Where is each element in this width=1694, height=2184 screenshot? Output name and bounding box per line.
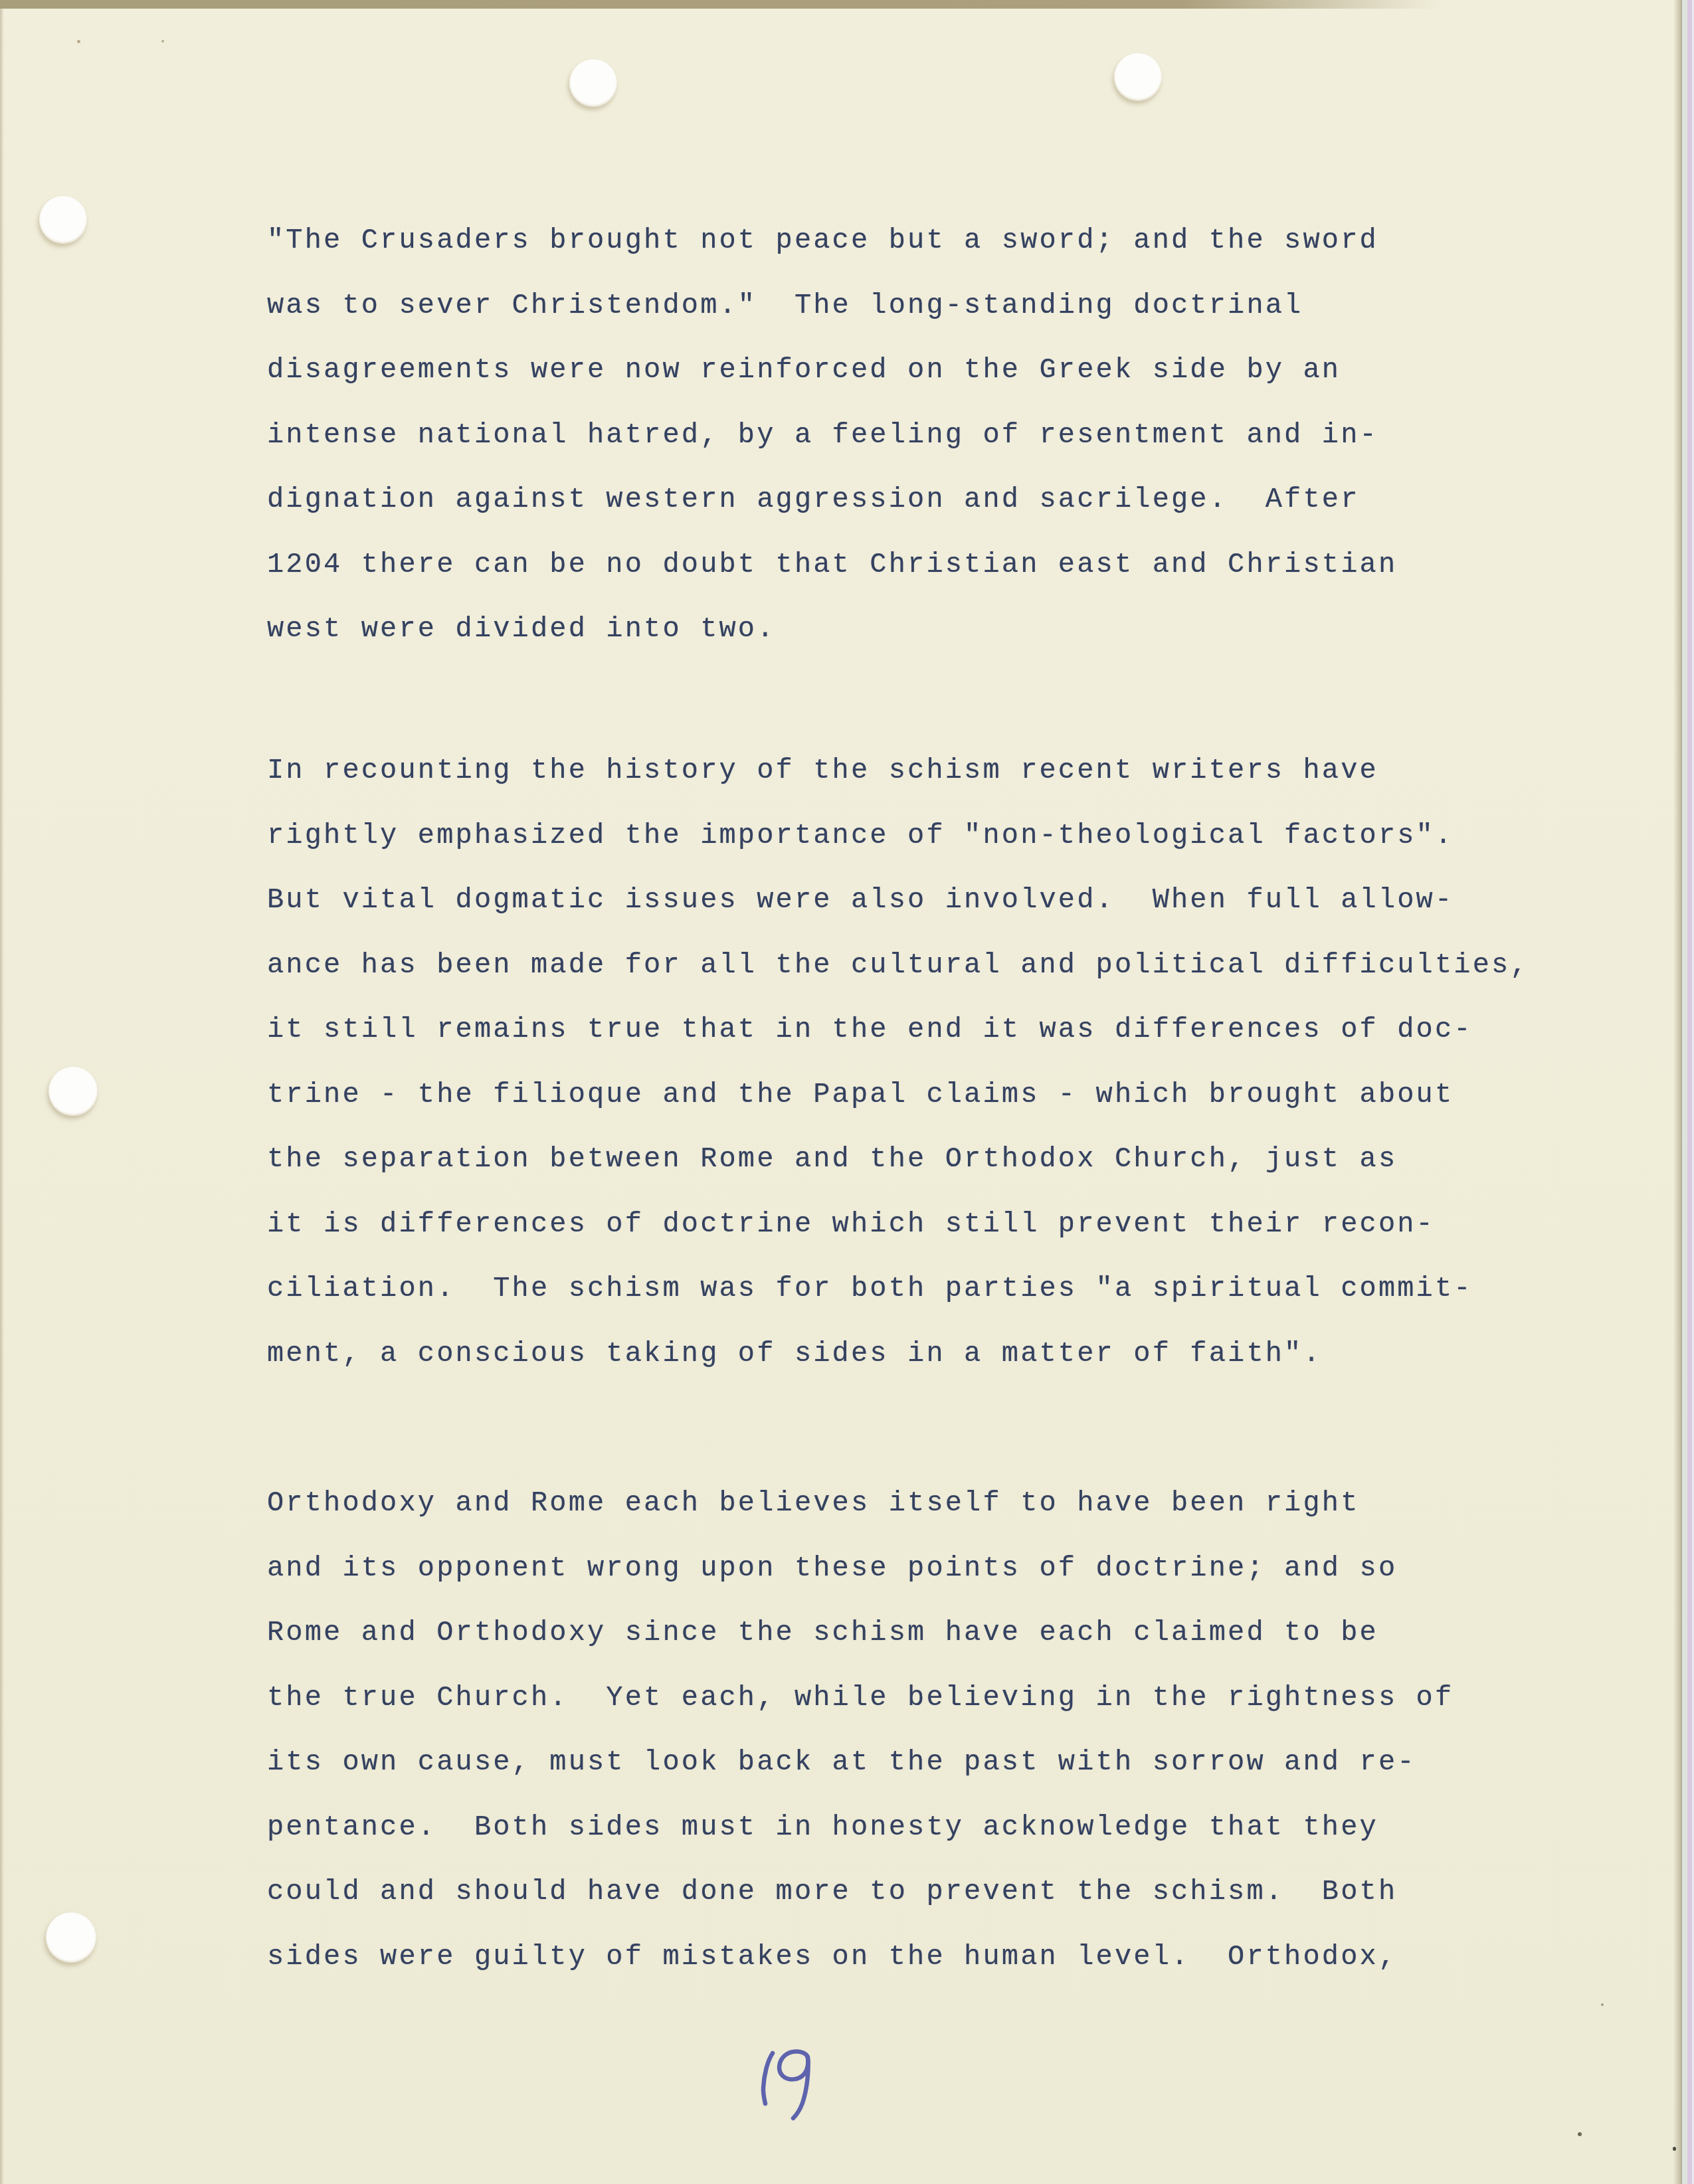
text-line: trine - the filioque and the Papal claim… <box>267 1063 1529 1128</box>
paper-edge-top <box>0 0 1442 9</box>
text-line: dignation against western aggression and… <box>267 468 1397 533</box>
text-line: the separation between Rome and the Orth… <box>267 1127 1529 1192</box>
paragraph-3: Orthodoxy and Rome each believes itself … <box>267 1471 1454 1989</box>
scanned-page: "The Crusaders brought not peace but a s… <box>0 0 1694 2184</box>
text-line: 1204 there can be no doubt that Christia… <box>267 533 1397 598</box>
paper-speck <box>1673 2147 1676 2151</box>
hole-punch-left-upper <box>39 196 87 244</box>
paragraph-2: In recounting the history of the schism … <box>267 739 1529 1386</box>
text-line: "The Crusaders brought not peace but a s… <box>267 209 1397 274</box>
text-line: pentance. Both sides must in honesty ack… <box>267 1795 1454 1861</box>
paper-edge-left <box>0 0 4 2184</box>
text-line: west were divided into two. <box>267 597 1397 662</box>
text-line: But vital dogmatic issues were also invo… <box>267 868 1529 933</box>
text-line: rightly emphasized the importance of "no… <box>267 804 1529 869</box>
text-line: sides were guilty of mistakes on the hum… <box>267 1925 1454 1990</box>
text-line: In recounting the history of the schism … <box>267 739 1529 804</box>
text-line: the true Church. Yet each, while believi… <box>267 1666 1454 1731</box>
text-line: it still remains true that in the end it… <box>267 998 1529 1063</box>
text-line: and its opponent wrong upon these points… <box>267 1536 1454 1601</box>
paper-speck <box>1601 2003 1604 2006</box>
paragraph-1: "The Crusaders brought not peace but a s… <box>267 209 1397 662</box>
paper-speck <box>1578 2132 1582 2136</box>
text-line: intense national hatred, by a feeling of… <box>267 403 1397 468</box>
hole-punch-left-middle <box>48 1067 98 1116</box>
paper-speck <box>77 40 80 43</box>
text-line: Rome and Orthodoxy since the schism have… <box>267 1601 1454 1666</box>
text-line: was to sever Christendom." The long-stan… <box>267 274 1397 339</box>
hole-punch-left-lower <box>46 1912 96 1963</box>
text-line: Orthodoxy and Rome each believes itself … <box>267 1471 1454 1536</box>
text-line: its own cause, must look back at the pas… <box>267 1730 1454 1795</box>
text-line: ment, a conscious taking of sides in a m… <box>267 1322 1529 1387</box>
paper-speck <box>161 40 164 43</box>
text-line: could and should have done more to preve… <box>267 1860 1454 1925</box>
paper-edge-right <box>1673 0 1682 2184</box>
text-line: disagreements were now reinforced on the… <box>267 338 1397 403</box>
hole-punch-top-left <box>569 59 617 107</box>
text-line: it is differences of doctrine which stil… <box>267 1192 1529 1257</box>
text-line: ance has been made for all the cultural … <box>267 933 1529 998</box>
hole-punch-top-right <box>1114 53 1162 101</box>
scanner-background-strip <box>1687 0 1692 2184</box>
text-line: ciliation. The schism was for both parti… <box>267 1257 1529 1322</box>
